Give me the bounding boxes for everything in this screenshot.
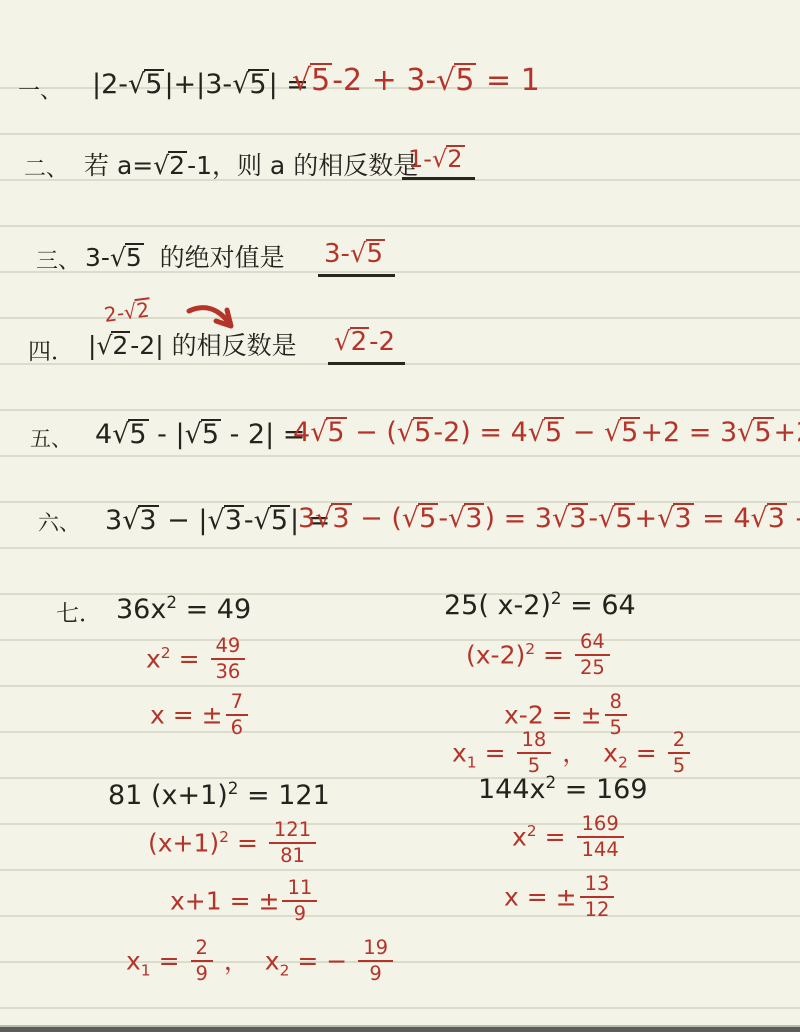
problem-1-label: 一、: [18, 78, 62, 106]
problem-7-solution-2a: (x-2)2 = 6425: [466, 634, 613, 679]
page-bottom-edge: [0, 1025, 800, 1032]
problem-1-answer: √5-2 + 3-√5 = 1: [292, 62, 540, 100]
problem-7-solution-4b: x = ±1312: [504, 876, 617, 921]
problem-7-equation-2: 25( x-2)2 = 64: [444, 588, 636, 623]
paper: 一、 |2-√5|+|3-√5| = √5-2 + 3-√5 = 1 二、 若 …: [0, 0, 800, 1032]
problem-6-question: 3√3 − |√3-√5| =: [105, 504, 330, 538]
problem-5-label: 五、: [30, 426, 72, 452]
problem-7-equation-3: 81 (x+1)2 = 121: [108, 778, 330, 813]
problem-2-question: 若 a=√2-1，则 a 的相反数是: [84, 150, 418, 181]
problem-7-solution-4a: x2 = 169144: [512, 816, 627, 861]
problem-4-question: |√2-2| 的相反数是: [88, 330, 297, 361]
problem-3-label: 三、: [36, 248, 80, 276]
problem-4-label: 四．: [28, 338, 74, 367]
problem-6-answer: 3√3 − (√5-√3) = 3√3-√5+√3 = 4√3 -√5: [298, 502, 800, 536]
problem-4-answer: √2-2: [328, 326, 405, 365]
problem-1-question: |2-√5|+|3-√5| =: [92, 68, 309, 102]
problem-2-answer: 1-√2: [402, 144, 475, 180]
problem-7-solution-1b: x = ±76: [150, 694, 251, 739]
problem-7-label: 七．: [56, 600, 102, 629]
problem-3-question: 3-√5 的绝对值是: [85, 242, 285, 273]
problem-7-solution-2c: x1 = 185 ， x2 = 25: [452, 732, 693, 777]
problem-7-solution-3a: (x+1)2 = 12181: [148, 822, 319, 867]
problem-4-note: 2-√2: [103, 297, 153, 328]
problem-3-answer: 3-√5: [318, 238, 395, 277]
problem-7-equation-4: 144x2 = 169: [478, 772, 648, 807]
ruled-lines: [0, 87, 800, 1027]
problem-7-equation-1: 36x2 = 49: [116, 592, 251, 627]
problem-7-solution-3c: x1 = 29 ， x2 = − 199: [126, 940, 396, 985]
problem-7-solution-3b: x+1 = ±119: [170, 880, 320, 925]
problem-5-question: 4√5 - |√5 - 2| =: [95, 418, 305, 452]
problem-6-label: 六、: [38, 510, 80, 536]
problem-2-label: 二、: [24, 156, 68, 184]
problem-5-answer: 4√5 − (√5-2) = 4√5 − √5+2 = 3√5+2: [293, 416, 800, 450]
problem-7-solution-1a: x2 = 4936: [146, 638, 248, 683]
